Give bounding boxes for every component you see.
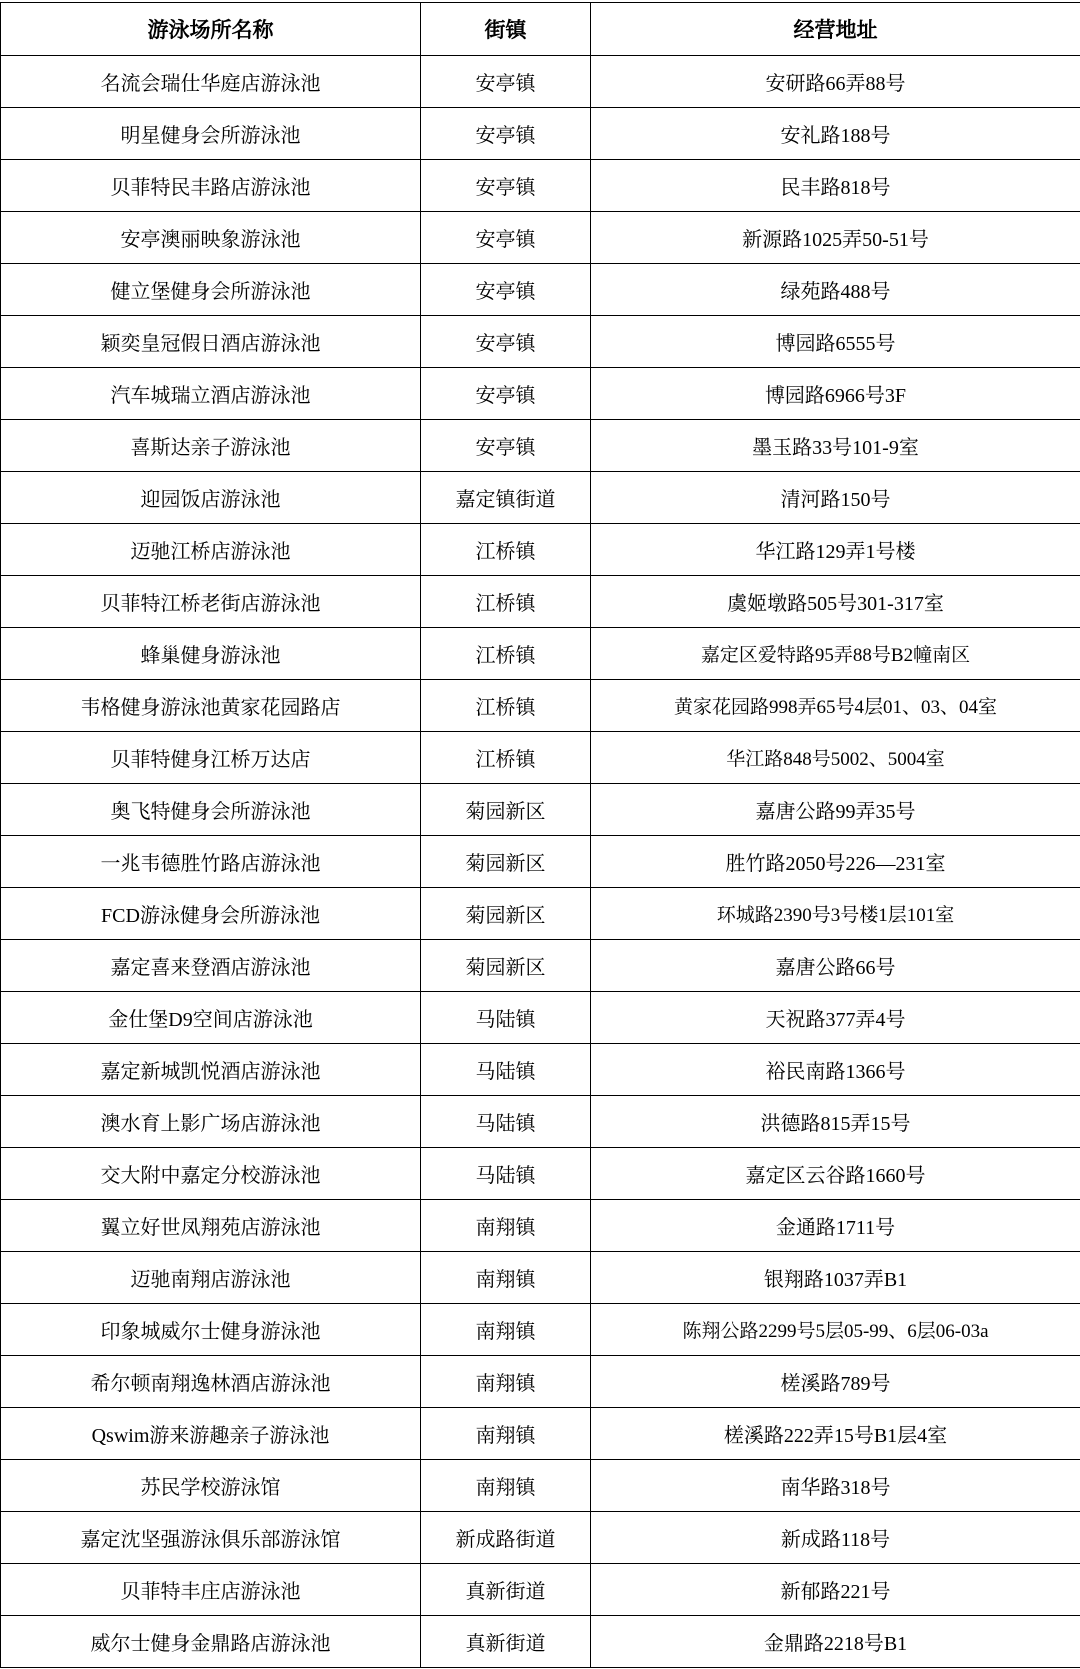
venue-name-cell: 名流会瑞仕华庭店游泳池 <box>1 56 421 108</box>
venue-name-cell: 澳水育上影广场店游泳池 <box>1 1096 421 1148</box>
table-row: 明星健身会所游泳池安亭镇安礼路188号 <box>1 108 1080 160</box>
venue-name-cell: 汽车城瑞立酒店游泳池 <box>1 368 421 420</box>
town-cell: 江桥镇 <box>421 628 591 680</box>
table-row: 交大附中嘉定分校游泳池马陆镇嘉定区云谷路1660号 <box>1 1148 1080 1200</box>
town-cell: 南翔镇 <box>421 1408 591 1460</box>
document-page: 游泳场所名称 街镇 经营地址 名流会瑞仕华庭店游泳池安亭镇安研路66弄88号明星… <box>0 0 1080 1669</box>
table-row: 韦格健身游泳池黄家花园路店江桥镇黄家花园路998弄65号4层01、03、04室 <box>1 680 1080 732</box>
venue-name-cell: 迎园饭店游泳池 <box>1 472 421 524</box>
venue-name-cell: 贝菲特丰庄店游泳池 <box>1 1564 421 1616</box>
table-row: 蜂巢健身游泳池江桥镇嘉定区爱特路95弄88号B2幢南区 <box>1 628 1080 680</box>
address-cell: 新郁路221号 <box>591 1564 1080 1616</box>
town-cell: 南翔镇 <box>421 1252 591 1304</box>
address-cell: 虞姬墩路505号301-317室 <box>591 576 1080 628</box>
address-cell: 金通路1711号 <box>591 1200 1080 1252</box>
town-cell: 安亭镇 <box>421 108 591 160</box>
address-cell: 墨玉路33号101-9室 <box>591 420 1080 472</box>
table-row: 奥飞特健身会所游泳池菊园新区嘉唐公路99弄35号 <box>1 784 1080 836</box>
town-cell: 马陆镇 <box>421 992 591 1044</box>
venue-name-cell: 贝菲特民丰路店游泳池 <box>1 160 421 212</box>
table-row: 迈驰江桥店游泳池江桥镇华江路129弄1号楼 <box>1 524 1080 576</box>
venue-name-cell: 希尔顿南翔逸林酒店游泳池 <box>1 1356 421 1408</box>
town-cell: 江桥镇 <box>421 576 591 628</box>
town-cell: 安亭镇 <box>421 368 591 420</box>
table-row: 名流会瑞仕华庭店游泳池安亭镇安研路66弄88号 <box>1 56 1080 108</box>
table-row: 金仕堡D9空间店游泳池马陆镇天祝路377弄4号 <box>1 992 1080 1044</box>
column-header-town: 街镇 <box>421 3 591 56</box>
header-row: 游泳场所名称 街镇 经营地址 <box>1 3 1080 56</box>
town-cell: 南翔镇 <box>421 1304 591 1356</box>
swimming-pools-table: 游泳场所名称 街镇 经营地址 名流会瑞仕华庭店游泳池安亭镇安研路66弄88号明星… <box>0 2 1080 1668</box>
address-cell: 安礼路188号 <box>591 108 1080 160</box>
table-row: 希尔顿南翔逸林酒店游泳池南翔镇槎溪路789号 <box>1 1356 1080 1408</box>
table-row: 迈驰南翔店游泳池南翔镇银翔路1037弄B1 <box>1 1252 1080 1304</box>
venue-name-cell: 奥飞特健身会所游泳池 <box>1 784 421 836</box>
address-cell: 金鼎路2218号B1 <box>591 1616 1080 1668</box>
venue-name-cell: 喜斯达亲子游泳池 <box>1 420 421 472</box>
venue-name-cell: 翼立好世凤翔苑店游泳池 <box>1 1200 421 1252</box>
venue-name-cell: 贝菲特江桥老街店游泳池 <box>1 576 421 628</box>
column-header-address: 经营地址 <box>591 3 1080 56</box>
town-cell: 安亭镇 <box>421 56 591 108</box>
venue-name-cell: 一兆韦德胜竹路店游泳池 <box>1 836 421 888</box>
table-row: 嘉定新城凯悦酒店游泳池马陆镇裕民南路1366号 <box>1 1044 1080 1096</box>
venue-name-cell: 颖奕皇冠假日酒店游泳池 <box>1 316 421 368</box>
address-cell: 银翔路1037弄B1 <box>591 1252 1080 1304</box>
town-cell: 安亭镇 <box>421 420 591 472</box>
town-cell: 新成路街道 <box>421 1512 591 1564</box>
address-cell: 嘉唐公路66号 <box>591 940 1080 992</box>
table-row: FCD游泳健身会所游泳池菊园新区环城路2390号3号楼1层101室 <box>1 888 1080 940</box>
town-cell: 真新街道 <box>421 1564 591 1616</box>
town-cell: 安亭镇 <box>421 212 591 264</box>
venue-name-cell: 蜂巢健身游泳池 <box>1 628 421 680</box>
town-cell: 马陆镇 <box>421 1148 591 1200</box>
town-cell: 江桥镇 <box>421 524 591 576</box>
town-cell: 菊园新区 <box>421 940 591 992</box>
town-cell: 菊园新区 <box>421 784 591 836</box>
town-cell: 南翔镇 <box>421 1356 591 1408</box>
address-cell: 环城路2390号3号楼1层101室 <box>591 888 1080 940</box>
table-row: 一兆韦德胜竹路店游泳池菊园新区胜竹路2050号226—231室 <box>1 836 1080 888</box>
table-row: 嘉定喜来登酒店游泳池菊园新区嘉唐公路66号 <box>1 940 1080 992</box>
address-cell: 华江路129弄1号楼 <box>591 524 1080 576</box>
table-row: 健立堡健身会所游泳池安亭镇绿苑路488号 <box>1 264 1080 316</box>
address-cell: 新源路1025弄50-51号 <box>591 212 1080 264</box>
table-body: 名流会瑞仕华庭店游泳池安亭镇安研路66弄88号明星健身会所游泳池安亭镇安礼路18… <box>1 56 1080 1668</box>
town-cell: 安亭镇 <box>421 316 591 368</box>
table-row: 贝菲特江桥老街店游泳池江桥镇虞姬墩路505号301-317室 <box>1 576 1080 628</box>
address-cell: 安研路66弄88号 <box>591 56 1080 108</box>
venue-name-cell: 明星健身会所游泳池 <box>1 108 421 160</box>
venue-name-cell: FCD游泳健身会所游泳池 <box>1 888 421 940</box>
town-cell: 马陆镇 <box>421 1096 591 1148</box>
town-cell: 南翔镇 <box>421 1460 591 1512</box>
venue-name-cell: Qswim游来游趣亲子游泳池 <box>1 1408 421 1460</box>
venue-name-cell: 嘉定喜来登酒店游泳池 <box>1 940 421 992</box>
address-cell: 嘉唐公路99弄35号 <box>591 784 1080 836</box>
town-cell: 安亭镇 <box>421 160 591 212</box>
address-cell: 嘉定区爱特路95弄88号B2幢南区 <box>591 628 1080 680</box>
venue-name-cell: 健立堡健身会所游泳池 <box>1 264 421 316</box>
address-cell: 博园路6966号3F <box>591 368 1080 420</box>
address-cell: 槎溪路222弄15号B1层4室 <box>591 1408 1080 1460</box>
venue-name-cell: 苏民学校游泳馆 <box>1 1460 421 1512</box>
address-cell: 洪德路815弄15号 <box>591 1096 1080 1148</box>
venue-name-cell: 嘉定新城凯悦酒店游泳池 <box>1 1044 421 1096</box>
table-row: 安亭澳丽映象游泳池安亭镇新源路1025弄50-51号 <box>1 212 1080 264</box>
address-cell: 黄家花园路998弄65号4层01、03、04室 <box>591 680 1080 732</box>
table-row: 嘉定沈坚强游泳俱乐部游泳馆新成路街道新成路118号 <box>1 1512 1080 1564</box>
address-cell: 华江路848号5002、5004室 <box>591 732 1080 784</box>
address-cell: 嘉定区云谷路1660号 <box>591 1148 1080 1200</box>
table-row: 贝菲特民丰路店游泳池安亭镇民丰路818号 <box>1 160 1080 212</box>
address-cell: 清河路150号 <box>591 472 1080 524</box>
venue-name-cell: 威尔士健身金鼎路店游泳池 <box>1 1616 421 1668</box>
table-row: 喜斯达亲子游泳池安亭镇墨玉路33号101-9室 <box>1 420 1080 472</box>
address-cell: 博园路6555号 <box>591 316 1080 368</box>
town-cell: 安亭镇 <box>421 264 591 316</box>
town-cell: 嘉定镇街道 <box>421 472 591 524</box>
venue-name-cell: 印象城威尔士健身游泳池 <box>1 1304 421 1356</box>
town-cell: 菊园新区 <box>421 888 591 940</box>
town-cell: 江桥镇 <box>421 732 591 784</box>
table-row: 迎园饭店游泳池嘉定镇街道清河路150号 <box>1 472 1080 524</box>
table-row: 印象城威尔士健身游泳池南翔镇陈翔公路2299号5层05-99、6层06-03a <box>1 1304 1080 1356</box>
table-row: 贝菲特丰庄店游泳池真新街道新郁路221号 <box>1 1564 1080 1616</box>
town-cell: 江桥镇 <box>421 680 591 732</box>
table-row: 颖奕皇冠假日酒店游泳池安亭镇博园路6555号 <box>1 316 1080 368</box>
town-cell: 南翔镇 <box>421 1200 591 1252</box>
address-cell: 槎溪路789号 <box>591 1356 1080 1408</box>
town-cell: 菊园新区 <box>421 836 591 888</box>
address-cell: 南华路318号 <box>591 1460 1080 1512</box>
venue-name-cell: 交大附中嘉定分校游泳池 <box>1 1148 421 1200</box>
town-cell: 真新街道 <box>421 1616 591 1668</box>
address-cell: 胜竹路2050号226—231室 <box>591 836 1080 888</box>
table-row: 贝菲特健身江桥万达店江桥镇华江路848号5002、5004室 <box>1 732 1080 784</box>
table-row: 澳水育上影广场店游泳池马陆镇洪德路815弄15号 <box>1 1096 1080 1148</box>
table-row: 汽车城瑞立酒店游泳池安亭镇博园路6966号3F <box>1 368 1080 420</box>
table-row: 苏民学校游泳馆南翔镇南华路318号 <box>1 1460 1080 1512</box>
venue-name-cell: 迈驰江桥店游泳池 <box>1 524 421 576</box>
address-cell: 新成路118号 <box>591 1512 1080 1564</box>
venue-name-cell: 安亭澳丽映象游泳池 <box>1 212 421 264</box>
address-cell: 民丰路818号 <box>591 160 1080 212</box>
address-cell: 天祝路377弄4号 <box>591 992 1080 1044</box>
table-row: Qswim游来游趣亲子游泳池南翔镇槎溪路222弄15号B1层4室 <box>1 1408 1080 1460</box>
venue-name-cell: 金仕堡D9空间店游泳池 <box>1 992 421 1044</box>
town-cell: 马陆镇 <box>421 1044 591 1096</box>
address-cell: 裕民南路1366号 <box>591 1044 1080 1096</box>
table-row: 威尔士健身金鼎路店游泳池真新街道金鼎路2218号B1 <box>1 1616 1080 1668</box>
venue-name-cell: 嘉定沈坚强游泳俱乐部游泳馆 <box>1 1512 421 1564</box>
venue-name-cell: 韦格健身游泳池黄家花园路店 <box>1 680 421 732</box>
address-cell: 陈翔公路2299号5层05-99、6层06-03a <box>591 1304 1080 1356</box>
column-header-venue-name: 游泳场所名称 <box>1 3 421 56</box>
address-cell: 绿苑路488号 <box>591 264 1080 316</box>
venue-name-cell: 贝菲特健身江桥万达店 <box>1 732 421 784</box>
table-row: 翼立好世凤翔苑店游泳池南翔镇金通路1711号 <box>1 1200 1080 1252</box>
venue-name-cell: 迈驰南翔店游泳池 <box>1 1252 421 1304</box>
